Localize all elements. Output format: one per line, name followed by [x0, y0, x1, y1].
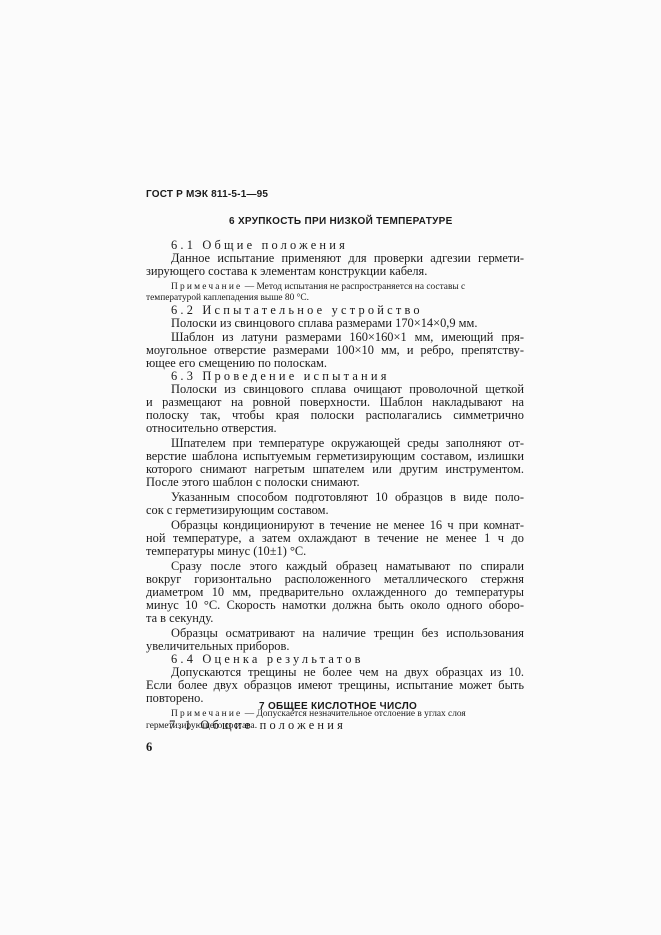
paragraph-line: и размещают на ровной поверхности. Шабло…	[146, 395, 524, 409]
paragraph-line: температуры минус (10±1) °С.	[146, 544, 306, 558]
section-6-title: 6 ХРУПКОСТЬ ПРИ НИЗКОЙ ТЕМПЕРАТУРЕ	[229, 216, 453, 227]
paragraph-line: верстие шаблона испытуемым герметизирующ…	[146, 449, 524, 463]
paragraph-line: минус 10 °С. Скорость намотки должна быт…	[146, 598, 524, 612]
paragraph-line: та в секунду.	[146, 611, 213, 625]
paragraph-line: Шаблон из латуни размерами 160×160×1 мм,…	[171, 330, 524, 344]
paragraph-line: Данное испытание применяют для проверки …	[171, 251, 524, 265]
paragraph-line: Полоски из свинцового сплава размерами 1…	[171, 316, 477, 330]
paragraph-line: относительно отверстия.	[146, 421, 277, 435]
paragraph-line: Указанным способом подготовляют 10 образ…	[171, 490, 524, 504]
paragraph-line: сок с герметизирующим составом.	[146, 503, 329, 517]
paragraph-line: Шпателем при температуре окружающей сред…	[171, 436, 524, 450]
subsection-6-4-heading: 6.4 Оценка результатов	[171, 652, 364, 666]
paragraph-line: повторено.	[146, 691, 203, 705]
page-number: 6	[146, 740, 152, 755]
note-label: Примечание	[171, 282, 242, 292]
paragraph-line: Образцы кондиционируют в течение не мене…	[171, 518, 524, 532]
paragraph-line: зирующего состава к элементам конструкци…	[146, 264, 427, 278]
subsection-6-1-heading: 6.1 Общие положения	[171, 238, 348, 252]
paragraph-line: Образцы осматривают на наличие трещин бе…	[171, 626, 524, 640]
paragraph-line: Сразу после этого каждый образец наматыв…	[171, 559, 524, 573]
paragraph-line: моугольное отверстие размерами 100×10 мм…	[146, 343, 524, 357]
paragraph-line: ной температуре, а затем охлаждают в теч…	[146, 531, 524, 545]
paragraph-line: Полоски из свинцового сплава очищают про…	[171, 382, 524, 396]
paragraph-line: увеличительных приборов.	[146, 639, 289, 653]
paragraph-line: Если более двух образцов имеют трещины, …	[146, 678, 524, 692]
paragraph-line: вокруг горизонтально расположенного мета…	[146, 572, 524, 586]
paragraph-line: Допускаются трещины не более чем на двух…	[171, 665, 524, 679]
paragraph-line: диаметром 10 мм, предварительно охлажден…	[146, 585, 524, 599]
note-text: — Метод испытания не распространяется на…	[245, 282, 465, 292]
document-page: ГОСТ Р МЭК 811-5-1—95 6 ХРУПКОСТЬ ПРИ НИ…	[0, 0, 661, 935]
subsection-6-2-heading: 6.2 Испытательное устройство	[171, 303, 423, 317]
section-7-title: 7 ОБЩЕЕ КИСЛОТНОЕ ЧИСЛО	[259, 701, 417, 712]
subsection-7-1-heading: 7.1 Общие положения	[169, 718, 346, 732]
subsection-6-3-heading: 6.3 Проведение испытания	[171, 369, 390, 383]
document-id-header: ГОСТ Р МЭК 811-5-1—95	[146, 189, 268, 200]
paragraph-line: полоску так, чтобы края полоски располаг…	[146, 408, 524, 422]
paragraph-line: ющее его смещению по полоскам.	[146, 356, 327, 370]
paragraph-line: которого снимают нагретым шпателем или д…	[146, 462, 524, 476]
paragraph-line: После этого шаблон с полоски снимают.	[146, 475, 360, 489]
